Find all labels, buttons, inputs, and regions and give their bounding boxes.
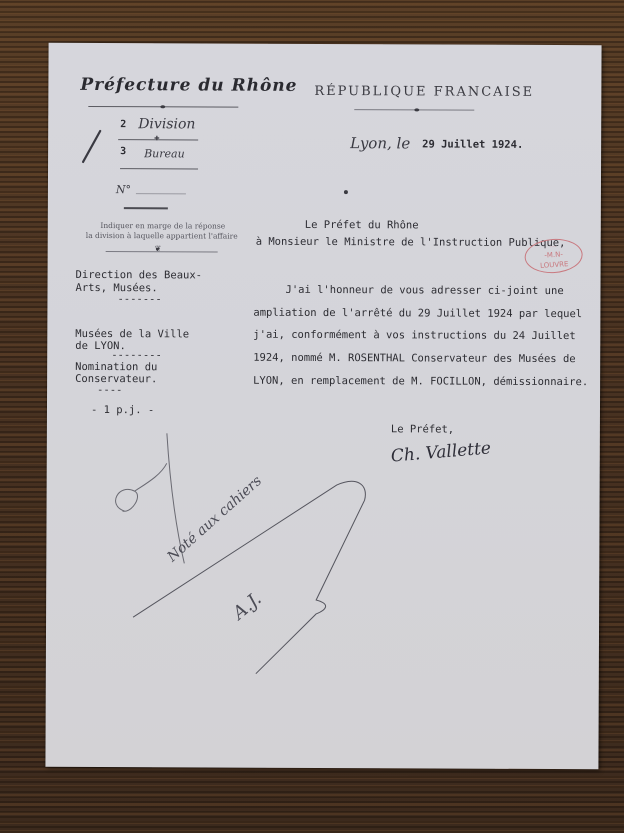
letter-document: Préfecture du Rhône 2 Division ✚ 3 Burea… [45,43,601,769]
pencil-bracket-drawing [45,43,601,769]
